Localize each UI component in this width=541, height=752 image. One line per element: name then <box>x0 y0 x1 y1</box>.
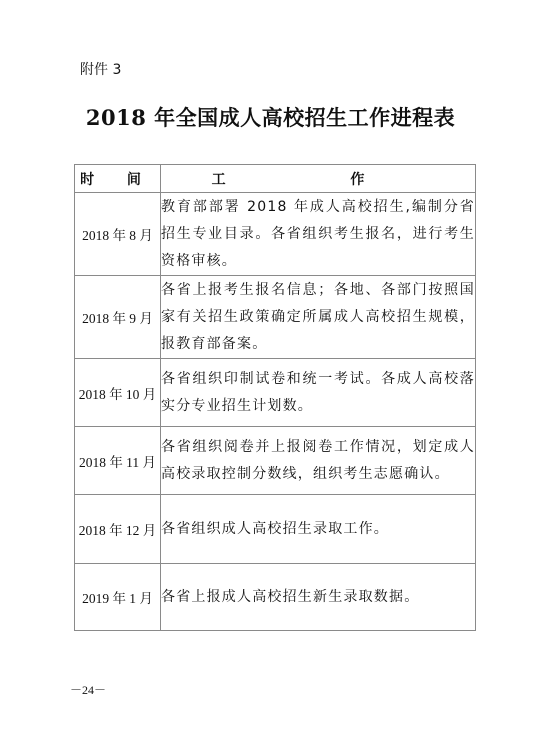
table-row: 2018 年 12 月 各省组织成人高校招生录取工作。 <box>75 495 476 564</box>
row-work: 各省组织成人高校招生录取工作。 <box>161 495 476 564</box>
row-time: 2018 年 12 月 <box>75 495 161 564</box>
row-time: 2019 年 1 月 <box>75 564 161 631</box>
table-row: 2018 年 8 月 教育部部署 2018 年成人高校招生,编制分省招生专业目录… <box>75 193 476 276</box>
header-work: 工 作 <box>161 165 476 193</box>
row-work: 各省组织阅卷并上报阅卷工作情况，划定成人高校录取控制分数线，组织考生志愿确认。 <box>161 427 476 495</box>
row-time: 2018 年 11 月 <box>75 427 161 495</box>
attachment-label: 附件 3 <box>80 61 121 79</box>
table-row: 2018 年 11 月 各省组织阅卷并上报阅卷工作情况，划定成人高校录取控制分数… <box>75 427 476 495</box>
row-work: 各省上报成人高校招生新生录取数据。 <box>161 564 476 631</box>
table-header-row: 时 间 工 作 <box>75 165 476 193</box>
row-work: 各省组织印制试卷和统一考试。各成人高校落实分专业招生计划数。 <box>161 359 476 427</box>
table-row: 2019 年 1 月 各省上报成人高校招生新生录取数据。 <box>75 564 476 631</box>
schedule-table: 时 间 工 作 2018 年 8 月 教育部部署 2018 年成人高校招生,编制… <box>74 164 476 631</box>
document-title: 2018 年全国成人高校招生工作进程表 <box>0 103 541 133</box>
page-number: －24－ <box>70 681 106 698</box>
row-work: 教育部部署 2018 年成人高校招生,编制分省招生专业目录。各省组织考生报名，进… <box>161 193 476 276</box>
table-row: 2018 年 10 月 各省组织印制试卷和统一考试。各成人高校落实分专业招生计划… <box>75 359 476 427</box>
row-work: 各省上报考生报名信息；各地、各部门按照国家有关招生政策确定所属成人高校招生规模，… <box>161 276 476 359</box>
table-row: 2018 年 9 月 各省上报考生报名信息；各地、各部门按照国家有关招生政策确定… <box>75 276 476 359</box>
row-time: 2018 年 8 月 <box>75 193 161 276</box>
row-time: 2018 年 9 月 <box>75 276 161 359</box>
row-time: 2018 年 10 月 <box>75 359 161 427</box>
header-time: 时 间 <box>75 165 161 193</box>
